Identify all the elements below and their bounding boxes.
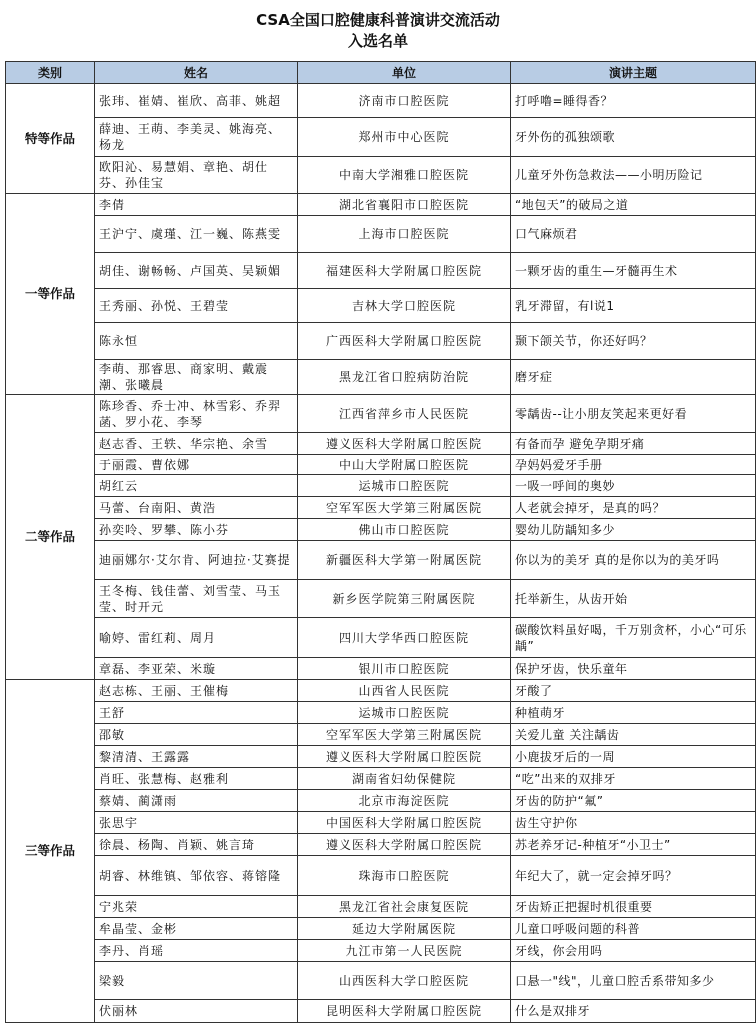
name-cell: 王秀丽、孙悦、王碧莹 — [95, 289, 298, 323]
topic-cell: 牙齿矫正把握时机很重要 — [511, 896, 756, 918]
unit-cell: 山西医科大学口腔医院 — [298, 962, 511, 1000]
table-row: 孙奕呤、罗攀、陈小芬佛山市口腔医院婴幼儿防龋知多少 — [6, 519, 756, 541]
name-cell: 薛迪、王萌、李美灵、姚海亮、杨龙 — [95, 118, 298, 157]
name-cell: 宁兆荣 — [95, 896, 298, 918]
unit-cell: 中南大学湘雅口腔医院 — [298, 157, 511, 194]
table-row: 邵敏空军军医大学第三附属医院关爱儿童 关注龋齿 — [6, 724, 756, 746]
unit-cell: 银川市口腔医院 — [298, 658, 511, 680]
topic-cell: 有备而孕 避免孕期牙痛 — [511, 433, 756, 455]
unit-cell: 昆明医科大学附属口腔医院 — [298, 1000, 511, 1023]
name-cell: 李倩 — [95, 194, 298, 216]
name-cell: 李丹、肖瑶 — [95, 940, 298, 962]
unit-cell: 北京市海淀医院 — [298, 790, 511, 812]
name-cell: 徐晨、杨陶、肖颖、姚言琦 — [95, 834, 298, 856]
table-row: 马蕾、台南阳、黄浩空军军医大学第三附属医院人老就会掉牙，是真的吗？ — [6, 497, 756, 519]
unit-cell: 佛山市口腔医院 — [298, 519, 511, 541]
topic-cell: 碳酸饮料虽好喝，千万别贪杯，小心“可乐龋” — [511, 618, 756, 658]
table-row: 陈永恒广西医科大学附属口腔医院颞下颌关节，你还好吗？ — [6, 323, 756, 360]
topic-cell: 你以为的美牙 真的是你以为的美牙吗 — [511, 541, 756, 580]
name-cell: 马蕾、台南阳、黄浩 — [95, 497, 298, 519]
name-cell: 肖旺、张慧梅、赵雅利 — [95, 768, 298, 790]
unit-cell: 江西省萍乡市人民医院 — [298, 395, 511, 433]
name-cell: 赵志香、王轶、华宗艳、余雪 — [95, 433, 298, 455]
table-row: 李萌、那睿思、商家明、戴震潮、张曦晨黑龙江省口腔病防治院磨牙症 — [6, 360, 756, 395]
name-cell: 胡睿、林维镇、邹依容、蒋镕隆 — [95, 856, 298, 896]
header-unit: 单位 — [298, 62, 511, 84]
name-cell: 梁毅 — [95, 962, 298, 1000]
table-row: 于丽霞、曹依娜中山大学附属口腔医院孕妈妈爱牙手册 — [6, 455, 756, 475]
table-row: 胡红云运城市口腔医院一吸一呼间的奥妙 — [6, 475, 756, 497]
name-cell: 王舒 — [95, 702, 298, 724]
topic-cell: 牙线，你会用吗 — [511, 940, 756, 962]
name-cell: 欧阳沁、易慧娟、章艳、胡仕芬、孙佳宝 — [95, 157, 298, 194]
unit-cell: 遵义医科大学附属口腔医院 — [298, 834, 511, 856]
table-row: 伏丽林昆明医科大学附属口腔医院什么是双排牙 — [6, 1000, 756, 1023]
unit-cell: 广西医科大学附属口腔医院 — [298, 323, 511, 360]
table-row: 梁毅山西医科大学口腔医院口悬一"线"，儿童口腔舌系带知多少 — [6, 962, 756, 1000]
unit-cell: 上海市口腔医院 — [298, 216, 511, 253]
topic-cell: 乳牙滞留，有l说1 — [511, 289, 756, 323]
topic-cell: 种植萌牙 — [511, 702, 756, 724]
winners-table: 类别 姓名 单位 演讲主题 特等作品张玮、崔婧、崔欣、高菲、姚超济南市口腔医院打… — [5, 61, 756, 1023]
unit-cell: 新疆医科大学第一附属医院 — [298, 541, 511, 580]
table-row: 黎清清、王露露遵义医科大学附属口腔医院小鹿拔牙后的一周 — [6, 746, 756, 768]
name-cell: 牟晶莹、金彬 — [95, 918, 298, 940]
unit-cell: 遵义医科大学附属口腔医院 — [298, 433, 511, 455]
topic-cell: 牙酸了 — [511, 680, 756, 702]
name-cell: 于丽霞、曹依娜 — [95, 455, 298, 475]
table-row: 牟晶莹、金彬延边大学附属医院儿童口呼吸问题的科普 — [6, 918, 756, 940]
name-cell: 王冬梅、钱佳蕾、刘雪莹、马玉莹、时开元 — [95, 580, 298, 618]
unit-cell: 中山大学附属口腔医院 — [298, 455, 511, 475]
table-row: 赵志香、王轶、华宗艳、余雪遵义医科大学附属口腔医院有备而孕 避免孕期牙痛 — [6, 433, 756, 455]
category-cell: 一等作品 — [6, 194, 95, 395]
topic-cell: 口气麻烦君 — [511, 216, 756, 253]
table-row: 一等作品李倩湖北省襄阳市口腔医院“地包天”的破局之道 — [6, 194, 756, 216]
topic-cell: 一颗牙齿的重生—牙髓再生术 — [511, 253, 756, 289]
topic-cell: 年纪大了，就一定会掉牙吗？ — [511, 856, 756, 896]
table-body: 特等作品张玮、崔婧、崔欣、高菲、姚超济南市口腔医院打呼噜=睡得香？薛迪、王萌、李… — [6, 84, 756, 1023]
topic-cell: 磨牙症 — [511, 360, 756, 395]
unit-cell: 湖南省妇幼保健院 — [298, 768, 511, 790]
name-cell: 王沪宁、虞瑾、江一巍、陈燕雯 — [95, 216, 298, 253]
category-cell: 二等作品 — [6, 395, 95, 680]
header-category: 类别 — [6, 62, 95, 84]
unit-cell: 四川大学华西口腔医院 — [298, 618, 511, 658]
table-row: 薛迪、王萌、李美灵、姚海亮、杨龙郑州市中心医院牙外伤的孤独颂歌 — [6, 118, 756, 157]
table-row: 肖旺、张慧梅、赵雅利湖南省妇幼保健院“吃”出来的双排牙 — [6, 768, 756, 790]
name-cell: 陈珍香、乔士冲、林雪彩、乔羿菡、罗小花、李琴 — [95, 395, 298, 433]
table-row: 胡睿、林维镇、邹依容、蒋镕隆珠海市口腔医院年纪大了，就一定会掉牙吗？ — [6, 856, 756, 896]
table-row: 喻婷、雷红莉、周月四川大学华西口腔医院碳酸饮料虽好喝，千万别贪杯，小心“可乐龋” — [6, 618, 756, 658]
name-cell: 孙奕呤、罗攀、陈小芬 — [95, 519, 298, 541]
name-cell: 赵志栋、王丽、王催梅 — [95, 680, 298, 702]
table-row: 宁兆荣黑龙江省社会康复医院牙齿矫正把握时机很重要 — [6, 896, 756, 918]
document-subtitle: 入选名单 — [0, 31, 756, 52]
unit-cell: 延边大学附属医院 — [298, 918, 511, 940]
name-cell: 李萌、那睿思、商家明、戴震潮、张曦晨 — [95, 360, 298, 395]
name-cell: 喻婷、雷红莉、周月 — [95, 618, 298, 658]
topic-cell: 打呼噜=睡得香？ — [511, 84, 756, 118]
table-row: 胡佳、谢畅畅、卢国英、吴颖媚福建医科大学附属口腔医院一颗牙齿的重生—牙髓再生术 — [6, 253, 756, 289]
table-row: 迪丽娜尔·艾尔肯、阿迪拉·艾赛提新疆医科大学第一附属医院你以为的美牙 真的是你以… — [6, 541, 756, 580]
unit-cell: 九江市第一人民医院 — [298, 940, 511, 962]
topic-cell: 小鹿拔牙后的一周 — [511, 746, 756, 768]
table-row: 欧阳沁、易慧娟、章艳、胡仕芬、孙佳宝中南大学湘雅口腔医院儿童牙外伤急救法——小明… — [6, 157, 756, 194]
unit-cell: 吉林大学口腔医院 — [298, 289, 511, 323]
table-row: 王沪宁、虞瑾、江一巍、陈燕雯上海市口腔医院口气麻烦君 — [6, 216, 756, 253]
topic-cell: 苏老养牙记-种植牙“小卫士” — [511, 834, 756, 856]
name-cell: 迪丽娜尔·艾尔肯、阿迪拉·艾赛提 — [95, 541, 298, 580]
unit-cell: 空军军医大学第三附属医院 — [298, 497, 511, 519]
name-cell: 蔡婧、蔺潇雨 — [95, 790, 298, 812]
header-topic: 演讲主题 — [511, 62, 756, 84]
topic-cell: 儿童口呼吸问题的科普 — [511, 918, 756, 940]
topic-cell: 婴幼儿防龋知多少 — [511, 519, 756, 541]
name-cell: 章磊、李亚荣、米璇 — [95, 658, 298, 680]
unit-cell: 黑龙江省口腔病防治院 — [298, 360, 511, 395]
unit-cell: 山西省人民医院 — [298, 680, 511, 702]
topic-cell: 牙外伤的孤独颂歌 — [511, 118, 756, 157]
table-row: 二等作品陈珍香、乔士冲、林雪彩、乔羿菡、罗小花、李琴江西省萍乡市人民医院零龋齿-… — [6, 395, 756, 433]
topic-cell: “吃”出来的双排牙 — [511, 768, 756, 790]
topic-cell: 什么是双排牙 — [511, 1000, 756, 1023]
header-name: 姓名 — [95, 62, 298, 84]
name-cell: 胡佳、谢畅畅、卢国英、吴颖媚 — [95, 253, 298, 289]
unit-cell: 福建医科大学附属口腔医院 — [298, 253, 511, 289]
unit-cell: 济南市口腔医院 — [298, 84, 511, 118]
table-row: 张思宇中国医科大学附属口腔医院齿生守护你 — [6, 812, 756, 834]
table-header-row: 类别 姓名 单位 演讲主题 — [6, 62, 756, 84]
table-row: 章磊、李亚荣、米璇银川市口腔医院保护牙齿，快乐童年 — [6, 658, 756, 680]
unit-cell: 运城市口腔医院 — [298, 702, 511, 724]
name-cell: 邵敏 — [95, 724, 298, 746]
name-cell: 胡红云 — [95, 475, 298, 497]
topic-cell: 保护牙齿，快乐童年 — [511, 658, 756, 680]
unit-cell: 遵义医科大学附属口腔医院 — [298, 746, 511, 768]
category-cell: 特等作品 — [6, 84, 95, 194]
table-row: 王冬梅、钱佳蕾、刘雪莹、马玉莹、时开元新乡医学院第三附属医院托举新生，从齿开始 — [6, 580, 756, 618]
topic-cell: 牙齿的防护“氟” — [511, 790, 756, 812]
name-cell: 张思宇 — [95, 812, 298, 834]
name-cell: 黎清清、王露露 — [95, 746, 298, 768]
topic-cell: 人老就会掉牙，是真的吗？ — [511, 497, 756, 519]
unit-cell: 珠海市口腔医院 — [298, 856, 511, 896]
unit-cell: 黑龙江省社会康复医院 — [298, 896, 511, 918]
name-cell: 张玮、崔婧、崔欣、高菲、姚超 — [95, 84, 298, 118]
table-row: 王舒运城市口腔医院种植萌牙 — [6, 702, 756, 724]
table-row: 三等作品赵志栋、王丽、王催梅山西省人民医院牙酸了 — [6, 680, 756, 702]
unit-cell: 运城市口腔医院 — [298, 475, 511, 497]
table-row: 李丹、肖瑶九江市第一人民医院牙线，你会用吗 — [6, 940, 756, 962]
topic-cell: “地包天”的破局之道 — [511, 194, 756, 216]
document-header: CSA全国口腔健康科普演讲交流活动 入选名单 — [0, 10, 756, 52]
topic-cell: 托举新生，从齿开始 — [511, 580, 756, 618]
topic-cell: 儿童牙外伤急救法——小明历险记 — [511, 157, 756, 194]
document-title: CSA全国口腔健康科普演讲交流活动 — [0, 10, 756, 31]
topic-cell: 孕妈妈爱牙手册 — [511, 455, 756, 475]
table-row: 特等作品张玮、崔婧、崔欣、高菲、姚超济南市口腔医院打呼噜=睡得香？ — [6, 84, 756, 118]
unit-cell: 新乡医学院第三附属医院 — [298, 580, 511, 618]
topic-cell: 零龋齿--让小朋友笑起来更好看 — [511, 395, 756, 433]
category-cell: 三等作品 — [6, 680, 95, 1023]
table-row: 蔡婧、蔺潇雨北京市海淀医院牙齿的防护“氟” — [6, 790, 756, 812]
topic-cell: 口悬一"线"，儿童口腔舌系带知多少 — [511, 962, 756, 1000]
table-row: 王秀丽、孙悦、王碧莹吉林大学口腔医院乳牙滞留，有l说1 — [6, 289, 756, 323]
unit-cell: 湖北省襄阳市口腔医院 — [298, 194, 511, 216]
topic-cell: 颞下颌关节，你还好吗？ — [511, 323, 756, 360]
name-cell: 陈永恒 — [95, 323, 298, 360]
topic-cell: 齿生守护你 — [511, 812, 756, 834]
name-cell: 伏丽林 — [95, 1000, 298, 1023]
topic-cell: 一吸一呼间的奥妙 — [511, 475, 756, 497]
unit-cell: 郑州市中心医院 — [298, 118, 511, 157]
topic-cell: 关爱儿童 关注龋齿 — [511, 724, 756, 746]
table-row: 徐晨、杨陶、肖颖、姚言琦遵义医科大学附属口腔医院苏老养牙记-种植牙“小卫士” — [6, 834, 756, 856]
unit-cell: 中国医科大学附属口腔医院 — [298, 812, 511, 834]
unit-cell: 空军军医大学第三附属医院 — [298, 724, 511, 746]
